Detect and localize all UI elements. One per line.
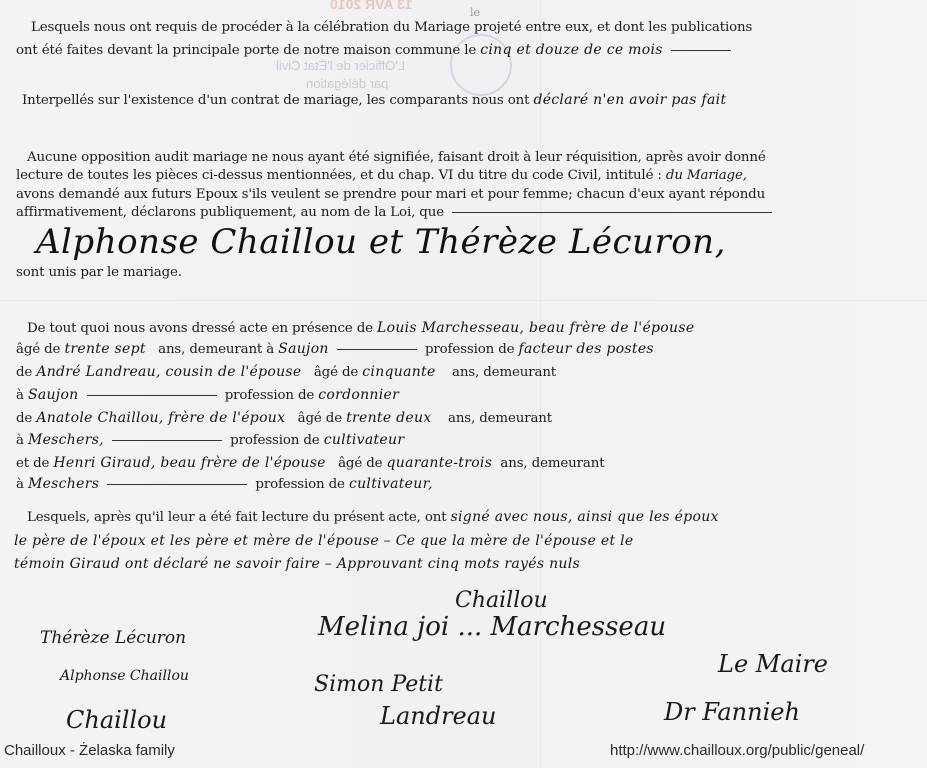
stamp-officer: L'Officier de l'État Civil	[276, 58, 405, 73]
signature-groom: Alphonse Chaillou	[60, 668, 189, 684]
signature-chaillou-left: Chaillou	[66, 706, 167, 734]
witness-4-profession: cultivateur,	[349, 476, 433, 492]
fill-line	[671, 50, 731, 51]
closing-printed: Lesquels, après qu'il leur a été fait le…	[27, 510, 446, 525]
para3-line5: sont unis par le mariage.	[16, 265, 182, 281]
witness-1-details: âgé de trente sept ans, demeurant à Sauj…	[16, 341, 654, 358]
signature-melina: Melina joi ... Marchesseau	[318, 612, 666, 642]
witness-intro: De tout quoi nous avons dressé acte en p…	[27, 320, 694, 337]
label-a: à	[16, 477, 24, 492]
witness-2-age: cinquante	[362, 364, 435, 380]
stamp-delegation: par délégation	[306, 76, 388, 91]
witness-4-prefix: et de	[16, 456, 49, 471]
signature-mayor: Le Maire	[718, 650, 828, 678]
footer-url[interactable]: http://www.chailloux.org/public/geneal/	[610, 742, 864, 759]
witness-1-age: trente sept	[64, 341, 145, 357]
closing-handwritten-2: le père de l'époux et les père et mère d…	[14, 533, 634, 549]
witness-3-residence: Meschers,	[28, 432, 104, 448]
fill-line	[337, 349, 417, 350]
witness-3-name: Anatole Chaillou, frère de l'époux	[36, 410, 285, 426]
label-age: âgé de	[314, 365, 358, 380]
signature-bride: Thérèze Lécuron	[40, 628, 186, 648]
witness-1-residence: Saujon	[278, 341, 329, 357]
closing-line1: Lesquels, après qu'il leur a été fait le…	[27, 509, 719, 526]
fill-line	[452, 212, 772, 213]
witness-4-age: quarante-trois	[387, 455, 493, 471]
witness-4-line2: à Meschers profession de cultivateur,	[16, 476, 433, 493]
witness-3-line1: de Anatole Chaillou, frère de l'époux âg…	[16, 410, 552, 427]
witness-4-name: Henri Giraud, beau frère de l'épouse	[53, 455, 325, 471]
label-profession: profession de	[230, 433, 319, 448]
signature-landreau: Landreau	[380, 702, 497, 730]
paper-fold-vertical	[540, 0, 541, 768]
closing-handwritten-3: témoin Giraud ont déclaré ne savoir fair…	[14, 556, 580, 572]
label-age: âgé de	[338, 456, 382, 471]
fill-line	[87, 395, 217, 396]
fill-line	[112, 440, 222, 441]
label-residence: ans, demeurant	[448, 411, 552, 426]
witness-2-line2: à Saujon profession de cordonnier	[16, 387, 399, 404]
document-page: 13 AVR 2010 le L'Officier de l'État Civi…	[0, 0, 927, 768]
witness-2-residence: Saujon	[28, 387, 79, 403]
witness-1-name: Louis Marchesseau, beau frère de l'épous…	[377, 320, 694, 336]
paper-fold	[0, 300, 927, 301]
para1-line2: ont été faites devant la principale port…	[16, 42, 735, 59]
du-mariage: du Mariage,	[666, 168, 747, 183]
label-residence: ans, demeurant	[452, 365, 556, 380]
spouse-names: Alphonse Chaillou et Thérèze Lécuron,	[36, 222, 726, 262]
witness-3-line2: à Meschers, profession de cultivateur	[16, 432, 404, 449]
signature-dr: Dr Fannieh	[664, 698, 800, 726]
para1-line2-printed: ont été faites devant la principale port…	[16, 43, 476, 58]
footer-family: Chailloux - Żelaska family	[4, 742, 175, 759]
contract-declaration: déclaré n'en avoir pas fait	[533, 92, 726, 108]
witness-4-residence: Meschers	[28, 476, 99, 492]
para3-line1: Aucune opposition audit mariage ne nous …	[27, 150, 766, 166]
label-residence: ans, demeurant à	[158, 342, 274, 357]
witness-3-age: trente deux	[346, 410, 431, 426]
label-residence: ans, demeurant	[500, 456, 604, 471]
witness-2-line1: de André Landreau, cousin de l'épouse âg…	[16, 364, 556, 381]
para3-line4: affirmativement, déclarons publiquement,…	[16, 205, 776, 221]
signature-simon-petit: Simon Petit	[314, 672, 443, 697]
witness-3-prefix: de	[16, 411, 32, 426]
witness-2-name: André Landreau, cousin de l'épouse	[36, 364, 301, 380]
witness-2-profession: cordonnier	[318, 387, 399, 403]
para3-line2-text: lecture de toutes les pièces ci-dessus m…	[16, 168, 662, 183]
signature-chaillou-top: Chaillou	[455, 588, 548, 613]
label-age: âgé de	[298, 411, 342, 426]
label-profession: profession de	[255, 477, 344, 492]
para2: Interpellés sur l'existence d'un contrat…	[22, 92, 726, 109]
closing-handwritten-1: signé avec nous, ainsi que les époux	[451, 509, 719, 525]
label-a: à	[16, 433, 24, 448]
label-profession: profession de	[225, 388, 314, 403]
label-age: âgé de	[16, 342, 60, 357]
publication-dates: cinq et douze de ce mois	[480, 42, 662, 58]
fill-line	[107, 484, 247, 485]
witness-4-line1: et de Henri Giraud, beau frère de l'épou…	[16, 455, 604, 472]
witness-1-profession: facteur des postes	[519, 341, 654, 357]
para3-line3: avons demandé aux futurs Epoux s'ils veu…	[16, 187, 765, 203]
witness-2-prefix: de	[16, 365, 32, 380]
label-profession: profession de	[425, 342, 514, 357]
witness-3-profession: cultivateur	[324, 432, 405, 448]
witness-intro-text: De tout quoi nous avons dressé acte en p…	[27, 321, 373, 336]
para1-line1: Lesquels nous ont requis de procéder à l…	[31, 20, 752, 36]
label-a: à	[16, 388, 24, 403]
para2-printed: Interpellés sur l'existence d'un contrat…	[22, 93, 529, 108]
para3-line4-text: affirmativement, déclarons publiquement,…	[16, 205, 444, 220]
para3-line2: lecture de toutes les pièces ci-dessus m…	[16, 168, 747, 184]
stamp-le: le	[470, 6, 480, 19]
stamp-date: 13 AVR 2010	[330, 0, 413, 12]
